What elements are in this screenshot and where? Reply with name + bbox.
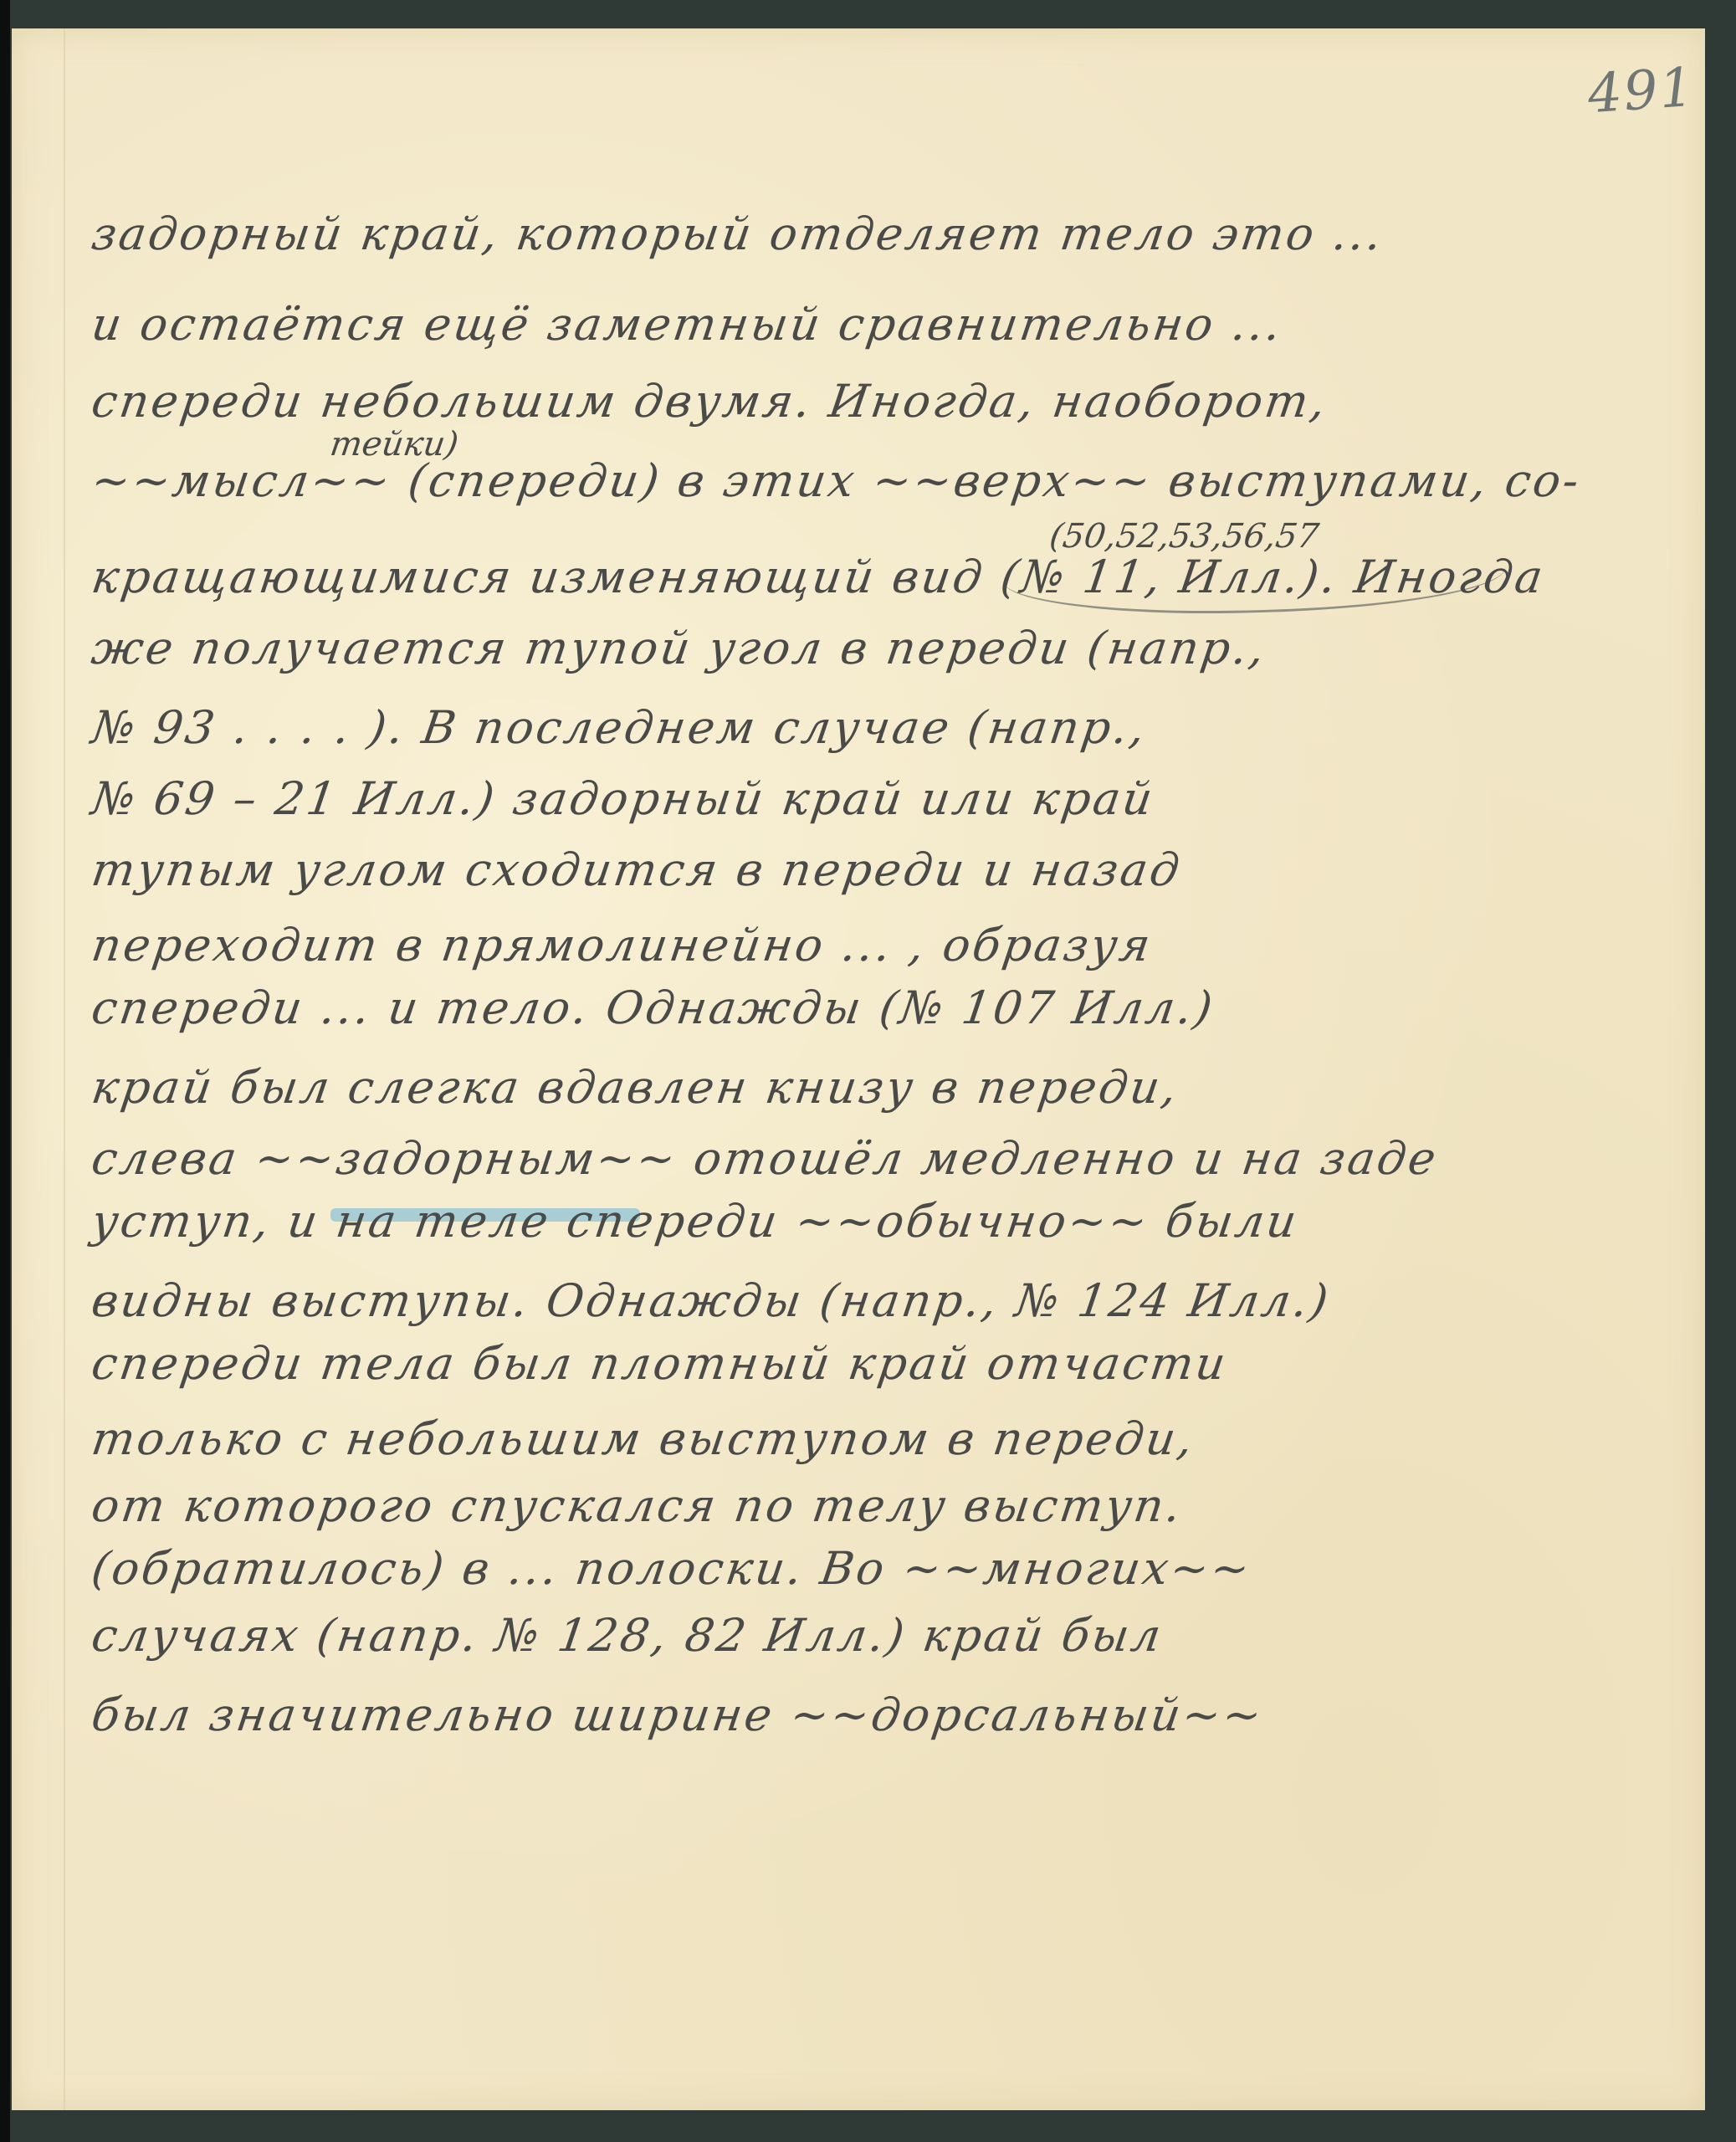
- folio-number: 491: [1586, 57, 1698, 126]
- text-line: был значительно ширине ~~дорсальный~~: [89, 1690, 1668, 1740]
- text-line: задорный край, который отделяет тело это…: [89, 209, 1668, 259]
- text-line: край был слегка вдавлен книзу в переди,: [89, 1063, 1668, 1113]
- text-line: случаях (напр. № 128, 82 Илл.) край был: [89, 1611, 1668, 1661]
- text-line: только с небольшим выступом в переди,: [89, 1414, 1668, 1464]
- text-line: спереди ... и тело. Однажды (№ 107 Илл.): [89, 983, 1668, 1033]
- text-line: от которого спускался по телу выступ.: [89, 1481, 1668, 1531]
- text-line: спереди тела был плотный край отчасти: [89, 1339, 1668, 1389]
- text-line: № 93 . . . . ). В последнем случае (напр…: [89, 703, 1668, 753]
- text-line: тупым углом сходится в переди и назад: [89, 845, 1668, 895]
- text-line: спереди небольшим двумя. Иногда, наоборо…: [89, 377, 1668, 427]
- paper-fold-line: [64, 28, 65, 2110]
- text-line: переходит в прямолинейно ... , образуя: [89, 920, 1668, 971]
- text-line: ~~мысл~~ (спереди) в этих ~~верх~~ высту…: [89, 456, 1668, 506]
- text-line: и остаётся ещё заметный сравнительно ...: [89, 300, 1668, 350]
- text-line: (обратилось) в ... полоски. Во ~~многих~…: [89, 1544, 1668, 1594]
- text-line: кращающимися изменяющий вид (№ 11, Илл.)…: [89, 552, 1668, 602]
- text-line: видны выступы. Однажды (напр., № 124 Илл…: [89, 1276, 1668, 1326]
- text-line: же получается тупой угол в переди (напр.…: [89, 623, 1668, 674]
- text-line: № 69 – 21 Илл.) задорный край или край: [89, 774, 1668, 824]
- text-line: уступ, и на теле спереди ~~обычно~~ были: [89, 1197, 1668, 1247]
- text-line: слева ~~задорным~~ отошёл медленно и на …: [89, 1134, 1668, 1184]
- scan-left-edge: [0, 0, 10, 2142]
